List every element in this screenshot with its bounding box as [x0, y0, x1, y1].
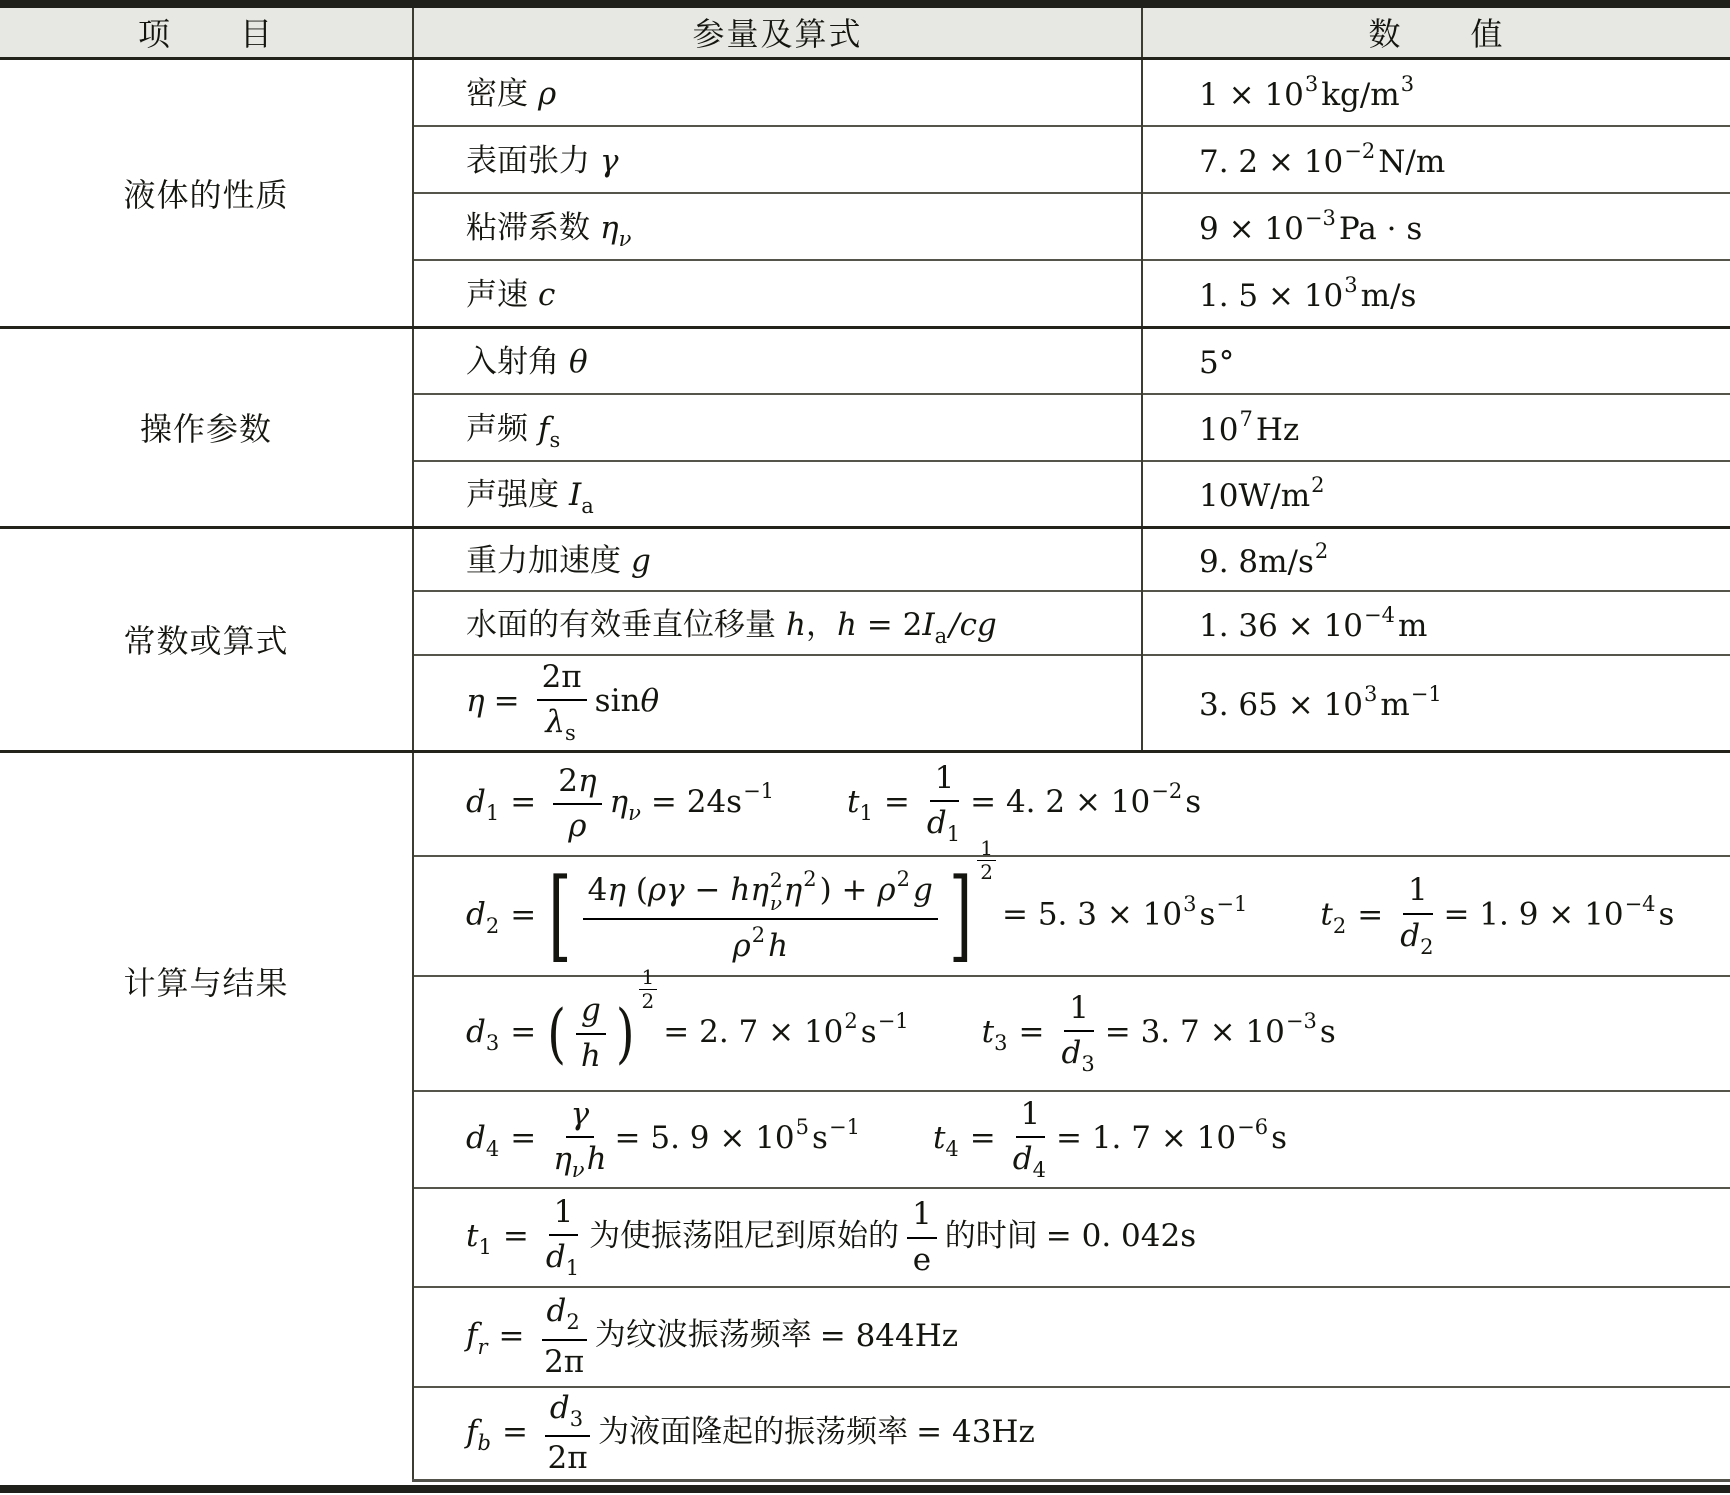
param-label: 粘滞系数 — [466, 210, 590, 246]
var: η — [750, 872, 769, 908]
exp-den: 2 — [642, 990, 655, 1012]
param-cell-viscosity: 粘滞系数ην — [413, 193, 1142, 260]
group-label-constants: 常数或算式 — [0, 527, 413, 751]
value-cell-incidence-angle: 5° — [1142, 327, 1730, 394]
param-cell-displacement: 水面的有效垂直位移量h，h = 2Ia/cg — [413, 591, 1142, 655]
param-var: I — [569, 477, 581, 513]
var: ρ — [877, 872, 895, 908]
t-lhs-sub: 4 — [945, 1137, 958, 1161]
value-sup: 2 — [1315, 539, 1328, 563]
numerator: γ — [566, 1096, 595, 1138]
group-label-calculation: 计算与结果 — [0, 751, 413, 1480]
value-sup: 3 — [1364, 682, 1377, 706]
fraction: 1d1 — [546, 1194, 581, 1281]
exp-den: 2 — [980, 861, 993, 883]
param-var: h — [786, 607, 806, 643]
value-cell-wavenumber: 3. 65 × 103m−1 — [1142, 655, 1730, 751]
chinese-text: 的时间 — [945, 1218, 1038, 1254]
denominator: d1 — [927, 802, 962, 847]
paren: ( — [626, 872, 648, 908]
value-unit: Pa · s — [1339, 211, 1422, 247]
result-unit: s — [1271, 1120, 1287, 1156]
value-text: 9. 8m/s — [1199, 544, 1314, 580]
equals: = — [510, 1014, 536, 1050]
result-text: = 1. 7 × 10 — [1056, 1120, 1236, 1156]
var: h — [730, 872, 750, 908]
param-label: 声强度 — [466, 477, 559, 513]
lhs-sub: 1 — [486, 801, 499, 825]
fraction: 2ηρ — [553, 763, 601, 845]
sin-argument: θ — [640, 683, 659, 719]
result-text: = 5. 3 × 10 — [1002, 897, 1182, 933]
group-label-text: 常数或算式 — [123, 622, 288, 660]
chinese-text: 为使振荡阻尼到原始的 — [589, 1218, 899, 1254]
numerator: d3 — [545, 1390, 590, 1437]
left-bracket: [ — [548, 867, 571, 966]
formula-cell-fr: fr=d22π为纹波振荡频率= 844Hz — [413, 1287, 1730, 1387]
stack-sub: ν — [770, 892, 782, 915]
value-sup: −4 — [1364, 603, 1395, 627]
formula-var: h — [837, 607, 857, 643]
var: h — [768, 928, 788, 964]
numerator: 1 — [930, 760, 960, 802]
param-var: g — [631, 543, 651, 579]
value-unit: m — [1398, 608, 1427, 644]
left-paren: ( — [547, 1001, 566, 1066]
lhs-sub: 4 — [486, 1137, 499, 1161]
equals: = — [494, 683, 520, 719]
denominator-sub: 1 — [947, 822, 960, 846]
formula-lhs: d — [466, 897, 486, 933]
equals: = — [499, 1318, 525, 1354]
formula-eq: = 2 — [857, 607, 922, 643]
equals: = — [970, 1120, 996, 1156]
formula-var: I — [922, 607, 934, 643]
numerator: g — [576, 992, 606, 1034]
numerator: 2η — [553, 763, 601, 805]
numerator: 1 — [1016, 1096, 1046, 1138]
param-var-sub: s — [549, 428, 560, 452]
denominator-sub: 2 — [1420, 935, 1433, 959]
result-text: = 1. 9 × 10 — [1443, 897, 1623, 933]
exp-num: 1 — [977, 837, 996, 861]
header-value: 数 值 — [1142, 4, 1730, 58]
var: ρ — [732, 928, 750, 964]
denominator-sub: 4 — [1033, 1158, 1046, 1182]
param-cell-gravity: 重力加速度g — [413, 527, 1142, 591]
formula-lhs: d — [466, 1014, 486, 1050]
denominator-sub: 1 — [566, 1256, 579, 1280]
value-cell-gravity: 9. 8m/s2 — [1142, 527, 1730, 591]
value-unit: m — [1380, 687, 1409, 723]
right-paren: ) — [616, 1001, 635, 1066]
formula-cell-t1: t1=1d1为使振荡阻尼到原始的1e的时间= 0. 042s — [413, 1188, 1730, 1287]
param-var-sub: ν — [619, 227, 632, 251]
result-text: = 844Hz — [820, 1318, 958, 1354]
chinese-text: 为纹波振荡频率 — [595, 1318, 812, 1354]
result-sup: −4 — [1625, 892, 1656, 916]
param-cell-incidence-angle: 入射角θ — [413, 327, 1142, 394]
formula-cell-d4: d4=γηνh= 5. 9 × 105s−1t4=1d4= 1. 7 × 10−… — [413, 1091, 1730, 1188]
equals: = — [510, 897, 536, 933]
value-text: 9 × 10 — [1199, 211, 1304, 247]
value-unit-sup: −1 — [1411, 682, 1442, 706]
denominator: ρ2h — [732, 920, 788, 965]
denominator: d4 — [1013, 1138, 1048, 1183]
result-sup: 3 — [1183, 892, 1196, 916]
formula-lhs: d — [466, 1120, 486, 1156]
value-text: 5° — [1199, 345, 1234, 381]
numerator-var: d — [547, 1293, 567, 1329]
value-sup: 2 — [1311, 473, 1324, 497]
result-unit-sup: −1 — [829, 1115, 860, 1139]
post-var-sub: ν — [628, 801, 641, 825]
denominator-var: d — [546, 1239, 566, 1275]
comma: ， — [806, 607, 837, 643]
t-lhs-sub: 2 — [1333, 914, 1346, 938]
exponent-one-half: 12 — [977, 837, 996, 883]
equals: = — [884, 784, 910, 820]
value-text: 10W/m — [1199, 478, 1310, 514]
row-density: 液体的性质 密度ρ 1 × 103kg/m3 — [0, 58, 1730, 126]
result-text: = 5. 9 × 10 — [615, 1120, 795, 1156]
lhs-sub: 3 — [486, 1031, 499, 1055]
var: η — [553, 1141, 572, 1177]
formula-var-sub: a — [935, 624, 948, 648]
value-text: 1. 5 × 10 — [1199, 278, 1343, 314]
param-var: ρ — [538, 76, 556, 112]
value-unit: Hz — [1256, 412, 1299, 448]
param-var: θ — [569, 344, 588, 380]
group-label-text: 计算与结果 — [123, 958, 288, 1004]
value-sup: 7 — [1239, 407, 1252, 431]
param-var: η — [600, 210, 619, 246]
numerator-sub: 2 — [566, 1310, 579, 1334]
denominator: ρ — [568, 805, 586, 845]
equals: = — [503, 1218, 529, 1254]
numerator: 2π — [537, 659, 587, 701]
equals: = — [1357, 897, 1383, 933]
result-unit-sup: −1 — [1216, 892, 1247, 916]
formula-lhs: f — [466, 1318, 477, 1354]
formula-lhs: f — [466, 1414, 477, 1450]
formula-lhs: η — [466, 683, 485, 719]
fraction: d22π — [542, 1293, 587, 1380]
fraction: 1d2 — [1400, 872, 1435, 959]
param-var-sub: a — [581, 494, 594, 518]
result-sup: −1 — [743, 779, 774, 803]
result-unit-sup: −1 — [878, 1009, 909, 1033]
equals: = — [1019, 1014, 1045, 1050]
t-lhs: t — [1320, 897, 1332, 933]
param-cell-sound-intensity: 声强度Ia — [413, 461, 1142, 527]
result-unit: s — [812, 1120, 828, 1156]
denominator: ηνh — [553, 1138, 606, 1183]
numerator: 1 — [1064, 990, 1094, 1032]
exp-num: 1 — [639, 966, 658, 990]
param-cell-sound-frequency: 声频fs — [413, 394, 1142, 461]
fraction: 1d1 — [927, 760, 962, 847]
group-label-liquid-properties: 液体的性质 — [0, 58, 413, 327]
parameter-table: 项 目 参量及算式 数 值 液体的性质 密度ρ 1 × 103kg/m3 表面张… — [0, 0, 1730, 1482]
row-incidence-angle: 操作参数 入射角θ 5° — [0, 327, 1730, 394]
denominator-var: λ — [545, 704, 565, 740]
group-label-operating-parameters: 操作参数 — [0, 327, 413, 527]
value-text: 1 × 10 — [1199, 77, 1304, 113]
sup: 2 — [897, 867, 910, 891]
denominator: 2π — [544, 1341, 584, 1381]
denominator: d1 — [546, 1236, 581, 1281]
t-lhs-sub: 3 — [994, 1031, 1007, 1055]
param-label: 水面的有效垂直位移量 — [466, 607, 776, 643]
param-var: γ — [600, 143, 619, 179]
sin-function: sin — [595, 683, 641, 719]
lhs-sub: 2 — [486, 914, 499, 938]
value-cell-sound-frequency: 107Hz — [1142, 394, 1730, 461]
var: ργ — [648, 872, 685, 908]
value-cell-surface-tension: 7. 2 × 10−2N/m — [1142, 126, 1730, 193]
result-text: = 2. 7 × 10 — [663, 1014, 843, 1050]
result-text: = 4. 2 × 10 — [970, 784, 1150, 820]
post-var: η — [610, 784, 629, 820]
numerator: 4η (ργ − hη2νη2) + ρ2g — [583, 867, 938, 920]
denominator: e — [913, 1239, 931, 1279]
stack-sup: 2 — [770, 869, 783, 892]
formula-cell-d1: d1=2ηρην= 24s−1t1=1d1= 4. 2 × 10−2s — [413, 751, 1730, 856]
param-var: f — [538, 411, 549, 447]
numerator-var: d — [550, 1390, 570, 1426]
fraction: d32π — [545, 1390, 590, 1477]
result-sup: −2 — [1151, 779, 1182, 803]
chinese-text: 为液面隆起的振荡频率 — [598, 1414, 908, 1450]
param-cell-surface-tension: 表面张力γ — [413, 126, 1142, 193]
fraction-one-over-e: 1e — [907, 1196, 937, 1278]
denominator-var: d — [1400, 918, 1420, 954]
result-sup: −6 — [1237, 1115, 1268, 1139]
denominator-sub: 3 — [1081, 1052, 1094, 1076]
result-text: = 3. 7 × 10 — [1105, 1014, 1285, 1050]
formula-lhs: t — [466, 1218, 478, 1254]
var: η — [784, 872, 803, 908]
fraction: γηνh — [553, 1096, 606, 1183]
value-text: 1. 36 × 10 — [1199, 608, 1363, 644]
var: g — [913, 872, 933, 908]
formula-rest: /cg — [949, 607, 997, 643]
param-label: 重力加速度 — [466, 543, 621, 579]
right-bracket: ] — [949, 867, 972, 966]
denominator-sub: s — [565, 721, 576, 745]
sup-sub-stack: 2ν — [770, 869, 783, 915]
equals: = — [510, 784, 536, 820]
fraction: gh — [576, 992, 606, 1074]
denominator: d3 — [1062, 1032, 1097, 1077]
var: h — [587, 1141, 607, 1177]
result-sup: 5 — [796, 1115, 809, 1139]
value-cell-sound-speed: 1. 5 × 103m/s — [1142, 260, 1730, 327]
value-sup: −3 — [1305, 206, 1336, 230]
equals: = — [510, 1120, 536, 1156]
result-unit: s — [861, 1014, 877, 1050]
header-item: 项 目 — [0, 4, 413, 58]
value-text: 7. 2 × 10 — [1199, 144, 1343, 180]
plus: ) + — [820, 872, 878, 908]
t-lhs: t — [933, 1120, 945, 1156]
formula-cell-d3: d3=(gh)12= 2. 7 × 102s−1t3=1d3= 3. 7 × 1… — [413, 976, 1730, 1091]
value-cell-displacement: 1. 36 × 10−4m — [1142, 591, 1730, 655]
param-label: 声速 — [466, 277, 528, 313]
numerator: 1 — [907, 1196, 937, 1238]
result-sup: 2 — [844, 1009, 857, 1033]
coefficient: 2 — [558, 763, 578, 799]
param-label: 入射角 — [466, 344, 559, 380]
formula-lhs: d — [466, 784, 486, 820]
result-text: = 43Hz — [916, 1414, 1035, 1450]
value-unit: kg/m — [1321, 77, 1399, 113]
header-row: 项 目 参量及算式 数 值 — [0, 4, 1730, 58]
value-sup: −2 — [1344, 139, 1375, 163]
value-text: 3. 65 × 10 — [1199, 687, 1363, 723]
denominator: 2π — [547, 1437, 587, 1477]
lhs-sub: r — [477, 1335, 487, 1359]
param-cell-wavenumber: η=2πλssinθ — [413, 655, 1142, 751]
value-sup: 3 — [1305, 72, 1318, 96]
denominator: d2 — [1400, 915, 1435, 960]
result-unit: s — [1320, 1014, 1336, 1050]
formula-cell-fb: fb=d32π为液面隆起的振荡频率= 43Hz — [413, 1387, 1730, 1480]
result-unit: s — [1200, 897, 1216, 933]
var: η — [607, 872, 626, 908]
result-unit: s — [1659, 897, 1675, 933]
equals: = — [502, 1414, 528, 1450]
group-label-text: 操作参数 — [140, 410, 272, 448]
value-cell-density: 1 × 103kg/m3 — [1142, 58, 1730, 126]
group-label-text: 液体的性质 — [123, 176, 288, 214]
numerator-sub: 3 — [570, 1407, 583, 1431]
param-cell-sound-speed: 声速c — [413, 260, 1142, 327]
numerator-var: η — [578, 763, 597, 799]
fraction: 2πλs — [537, 659, 587, 746]
value-unit-sup: 3 — [1401, 72, 1414, 96]
numerator: 1 — [1403, 872, 1433, 914]
row-gravity: 常数或算式 重力加速度g 9. 8m/s2 — [0, 527, 1730, 591]
denominator-var: d — [927, 805, 947, 841]
value-unit: m/s — [1361, 278, 1417, 314]
sup: 2 — [752, 923, 765, 947]
fraction: 4η (ργ − hη2νη2) + ρ2gρ2h — [583, 867, 938, 965]
t-lhs-sub: 1 — [860, 801, 873, 825]
denominator: h — [581, 1035, 601, 1075]
denominator-var: d — [1062, 1035, 1082, 1071]
row-d1: 计算与结果 d1=2ηρην= 24s−1t1=1d1= 4. 2 × 10−2… — [0, 751, 1730, 856]
minus: − — [685, 872, 731, 908]
header-param: 参量及算式 — [413, 4, 1142, 58]
numerator: d2 — [542, 1293, 587, 1340]
result-unit: s — [1185, 784, 1201, 820]
t-lhs: t — [847, 784, 859, 820]
denominator: λs — [545, 701, 577, 746]
result-text: = 0. 042s — [1046, 1218, 1196, 1254]
value-text: 10 — [1199, 412, 1238, 448]
value-sup: 3 — [1344, 273, 1357, 297]
param-label: 表面张力 — [466, 143, 590, 179]
coefficient: 4 — [588, 872, 608, 908]
sub: ν — [572, 1158, 585, 1182]
fraction: 1d4 — [1013, 1096, 1048, 1183]
fraction: 1d3 — [1062, 990, 1097, 1077]
param-label: 声频 — [466, 411, 528, 447]
result-sup: −3 — [1286, 1009, 1317, 1033]
value-cell-viscosity: 9 × 10−3Pa · s — [1142, 193, 1730, 260]
param-label: 密度 — [466, 76, 528, 112]
t-lhs: t — [982, 1014, 994, 1050]
denominator-var: d — [1013, 1141, 1033, 1177]
param-var: c — [538, 277, 555, 313]
numerator: 1 — [549, 1194, 579, 1236]
param-cell-density: 密度ρ — [413, 58, 1142, 126]
exponent-one-half: 12 — [639, 966, 658, 1012]
result-text: = 24s — [651, 784, 742, 820]
lhs-sub: b — [477, 1431, 490, 1455]
value-unit: N/m — [1378, 144, 1445, 180]
formula-cell-d2: d2=[4η (ργ − hη2νη2) + ρ2gρ2h]12= 5. 3 ×… — [413, 856, 1730, 976]
sup: 2 — [803, 867, 816, 891]
scanned-table-page: 项 目 参量及算式 数 值 液体的性质 密度ρ 1 × 103kg/m3 表面张… — [0, 0, 1730, 1493]
value-cell-sound-intensity: 10W/m2 — [1142, 461, 1730, 527]
lhs-sub: 1 — [478, 1235, 491, 1259]
